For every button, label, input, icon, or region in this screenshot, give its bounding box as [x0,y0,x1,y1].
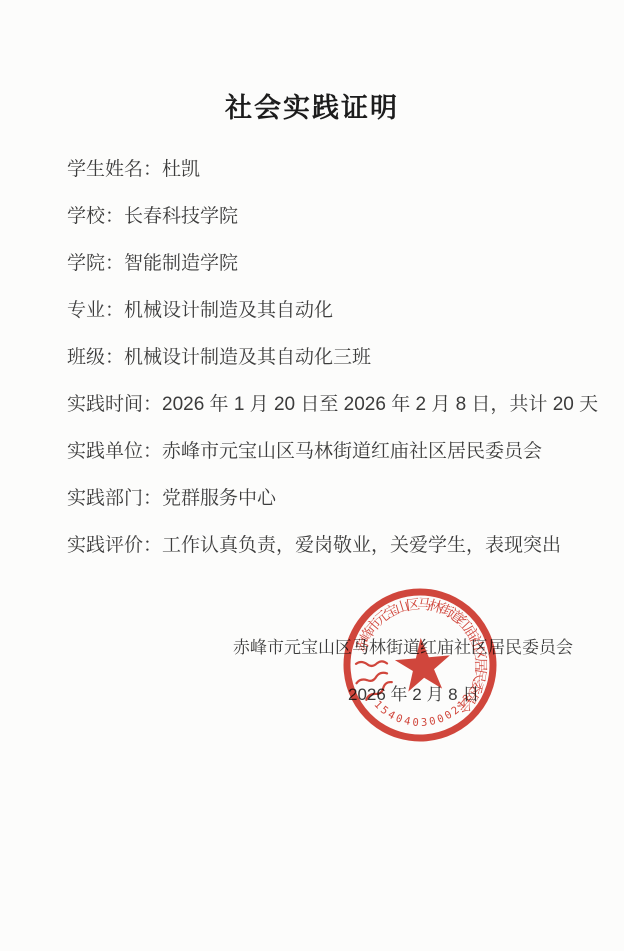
field-major: 专业：机械设计制造及其自动化 [67,301,594,321]
issue-date: 2026 年 2 月 8 日 [348,684,479,706]
field-practice-time: 实践时间：2026 年 1 月 20 日至 2026 年 2 月 8 日，共计 … [67,395,594,415]
field-student-name: 学生姓名：杜凯 [67,160,594,180]
document-body: 学生姓名：杜凯 学校：长春科技学院 学院：智能制造学院 专业：机械设计制造及其自… [0,160,624,556]
document-title: 社会实践证明 [0,0,624,123]
seal-ring [341,586,499,744]
field-practice-department: 实践部门：党群服务中心 [67,489,594,509]
official-seal-icon: 赤峰市元宝山区马林街道红庙社区居民委员会 1540403000212 [324,569,517,762]
field-practice-evaluation: 实践评价：工作认真负责，爱岗敬业，关爱学生，表现突出 [67,536,594,556]
field-class: 班级：机械设计制造及其自动化三班 [67,348,594,368]
field-school: 学校：长春科技学院 [67,207,594,227]
issuer-signature: 赤峰市元宝山区马林街道红庙社区居民委员会 [233,637,573,659]
field-college: 学院：智能制造学院 [67,254,594,274]
field-practice-unit: 实践单位：赤峰市元宝山区马林街道红庙社区居民委员会 [67,442,594,462]
certificate-page: 社会实践证明 学生姓名：杜凯 学校：长春科技学院 学院：智能制造学院 专业：机械… [0,0,624,951]
